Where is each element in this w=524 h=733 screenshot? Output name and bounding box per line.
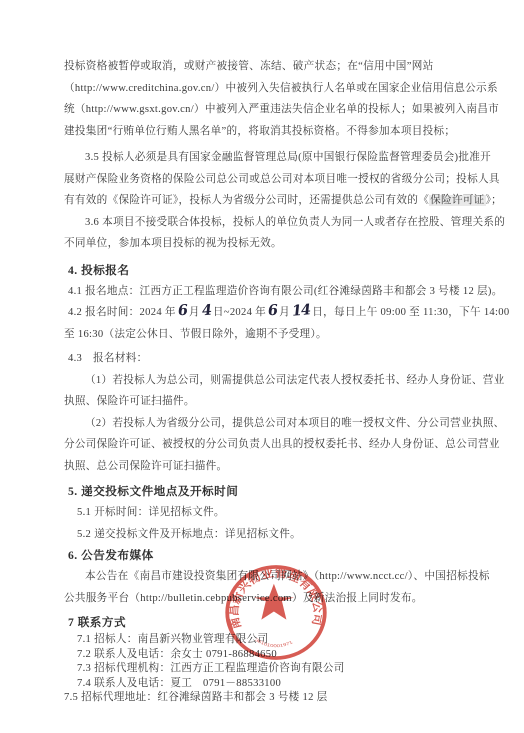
text-line: 6. 公告发布媒体 xyxy=(68,545,470,566)
text-run: 日~2024 年 xyxy=(213,307,266,318)
text-run: 不同单位，参加本项目投标的视为投标无效。 xyxy=(64,238,282,249)
contact-list: 7.1 招标人：南昌新兴物业管理有限公司7.2 联系人及电话：余女士 0791-… xyxy=(64,633,470,706)
text-line: 投标资格被暂停或取消，或财产被接管、冻结、破产状态；在“信用中国”网站 xyxy=(64,56,470,78)
text-run: 7 联系方式 xyxy=(68,616,126,629)
text-line: 4.3 报名材料： xyxy=(68,348,470,370)
text-run: 4. 投标报名 xyxy=(68,264,129,277)
text-run: 7.2 联系人及电话：余女士 0791-86884650 xyxy=(77,649,277,660)
para-3-5: 3.5 投标人必须是具有国家金融监督管理总局(原中国银行保险监督管理委员会)批准… xyxy=(64,147,470,212)
text-run: 月 xyxy=(279,307,290,318)
text-line: 建投集团“行贿单位行贿人黑名单”的，将取消其投标资格。不得参加本项目投标； xyxy=(64,121,470,143)
text-run: 展财产保险业务资格的保险公司总公司或总公司对本项目唯一授权的省级分公司；投标人具 xyxy=(64,174,500,185)
text-line: 4.2 报名时间：2024 年6月4日~2024 年6月14日，每日上午 09:… xyxy=(68,302,470,324)
text-run: 公共服务平台（http://bulletin.cebpubservice.com… xyxy=(64,593,423,604)
para-6-body: 本公告在《南昌市建设投资集团有限公司网站》（http://www.ncct.cc… xyxy=(64,566,470,609)
text-line: 执照、总公司保险许可证扫描件。 xyxy=(64,456,470,478)
text-run: 月 xyxy=(189,307,200,318)
document-body: 投标资格被暂停或取消，或财产被接管、冻结、破产状态；在“信用中国”网站（http… xyxy=(64,56,470,706)
text-line: 7.3 招标代理机构：江西方正工程监理造价咨询有限公司 xyxy=(77,662,470,677)
text-run: 统（http://www.gsxt.gov.cn/）中被列入严重违法失信企业名单… xyxy=(64,104,499,115)
text-line: 5. 递交投标文件地点及开标时间 xyxy=(68,481,470,502)
text-run: 投标资格被暂停或取消，或财产被接管、冻结、破产状态；在“信用中国”网站 xyxy=(64,61,434,72)
text-line: 7.1 招标人：南昌新兴物业管理有限公司 xyxy=(77,633,470,648)
para-4-3-2: （2）若投标人为省级分公司，提供总公司对本项目的唯一授权文件、分公司营业执照、分… xyxy=(64,413,470,478)
text-run: 日，每日上午 09:00 至 11:30，下午 14:00 xyxy=(312,307,509,318)
text-run: （http://www.creditchina.gov.cn/）中被列入失信被执… xyxy=(64,83,498,94)
text-line: 统（http://www.gsxt.gov.cn/）中被列入严重违法失信企业名单… xyxy=(64,99,470,121)
para-3-6: 3.6 本项目不接受联合体投标，投标人的单位负责人为同一人或者存在控股、管理关系… xyxy=(64,212,470,255)
heading-5: 5. 递交投标文件地点及开标时间 xyxy=(64,481,470,502)
text-line: （2）若投标人为省级分公司，提供总公司对本项目的唯一授权文件、分公司营业执照、 xyxy=(64,413,470,435)
text-run: 7.4 联系人及电话：夏工 0791－88533100 xyxy=(77,678,281,689)
text-line: 不同单位，参加本项目投标的视为投标无效。 xyxy=(64,233,470,255)
text-line: 分公司保险许可证、被授权的分公司负责人出具的授权委托书、经办人身份证、总公司营业 xyxy=(64,434,470,456)
text-line: 5.2 递交投标文件及开标地点：详见招标文件。 xyxy=(77,524,470,546)
text-run: （2）若投标人为省级分公司，提供总公司对本项目的唯一授权文件、分公司营业执照、 xyxy=(85,418,505,429)
text-run: 执照、总公司保险许可证扫描件。 xyxy=(64,461,227,472)
text-line: 3.5 投标人必须是具有国家金融监督管理总局(原中国银行保险监督管理委员会)批准… xyxy=(64,147,470,169)
text-run: 至 16:30（法定公休日、节假日除外，逾期不予受理）。 xyxy=(64,329,327,340)
text-line: 5.1 开标时间：详见招标文件。 xyxy=(77,502,470,524)
text-line: 4. 投标报名 xyxy=(68,260,470,281)
text-run: （1）若投标人为总公司，则需提供总公司法定代表人授权委托书、经办人身份证、营业 xyxy=(85,375,505,386)
text-line: （1）若投标人为总公司，则需提供总公司法定代表人授权委托书、经办人身份证、营业 xyxy=(64,370,470,392)
text-line: （http://www.creditchina.gov.cn/）中被列入失信被执… xyxy=(64,78,470,100)
text-run: 5.2 递交投标文件及开标地点：详见招标文件。 xyxy=(77,529,301,540)
text-run: 7.5 招标代理地址：红谷滩绿茵路丰和都会 3 号楼 12 层 xyxy=(64,692,328,703)
text-line: 执照、保险许可证扫描件。 xyxy=(64,391,470,413)
text-run: 6. 公告发布媒体 xyxy=(68,549,154,562)
para-5-items: 5.1 开标时间：详见招标文件。5.2 递交投标文件及开标地点：详见招标文件。 xyxy=(64,502,470,545)
handwritten-date: 6 xyxy=(267,304,277,319)
text-run: 4.1 报名地点：江西方正工程监理造价咨询有限公司(红谷滩绿茵路丰和都会 3 号… xyxy=(68,286,503,297)
text-run: 分公司保险许可证、被授权的分公司负责人出具的授权委托书、经办人身份证、总公司营业 xyxy=(64,439,500,450)
text-run: 4.3 报名材料： xyxy=(68,353,148,364)
para-4-1-4-2: 4.1 报名地点：江西方正工程监理造价咨询有限公司(红谷滩绿茵路丰和都会 3 号… xyxy=(64,281,470,346)
handwritten-date: 4 xyxy=(201,304,211,319)
heading-6: 6. 公告发布媒体 xyxy=(64,545,470,566)
para-4-3-1: （1）若投标人为总公司，则需提供总公司法定代表人授权委托书、经办人身份证、营业执… xyxy=(64,370,470,413)
text-run: 5.1 开标时间：详见招标文件。 xyxy=(77,507,225,518)
text-run: 3.5 投标人必须是具有国家金融监督管理总局(原中国银行保险监督管理委员会)批准… xyxy=(85,152,491,163)
text-run: 7.1 招标人：南昌新兴物业管理有限公司 xyxy=(77,634,268,645)
text-run: 5. 递交投标文件地点及开标时间 xyxy=(68,485,238,498)
text-run: 本公告在《南昌市建设投资集团有限公司网站》（http://www.ncct.cc… xyxy=(85,571,490,582)
highlighted-text: 保险许可证 xyxy=(429,195,485,206)
document-page: 投标资格被暂停或取消，或财产被接管、冻结、破产状态；在“信用中国”网站（http… xyxy=(0,0,524,733)
text-run: 7.3 招标代理机构：江西方正工程监理造价咨询有限公司 xyxy=(77,663,345,674)
text-line: 7.4 联系人及电话：夏工 0791－88533100 xyxy=(77,677,470,692)
text-run: 》； xyxy=(486,195,503,206)
heading-4: 4. 投标报名 xyxy=(64,260,470,281)
text-run: 建投集团“行贿单位行贿人黑名单”的，将取消其投标资格。不得参加本项目投标； xyxy=(64,126,455,137)
text-line: 3.6 本项目不接受联合体投标，投标人的单位负责人为同一人或者存在控股、管理关系… xyxy=(64,212,470,234)
text-line: 本公告在《南昌市建设投资集团有限公司网站》（http://www.ncct.cc… xyxy=(64,566,470,588)
handwritten-date: 6 xyxy=(177,304,187,319)
para-continuation: 投标资格被暂停或取消，或财产被接管、冻结、破产状态；在“信用中国”网站（http… xyxy=(64,56,470,142)
text-run: 3.6 本项目不接受联合体投标，投标人的单位负责人为同一人或者存在控股、管理关系… xyxy=(85,217,505,228)
text-run: 执照、保险许可证扫描件。 xyxy=(64,396,195,407)
text-run: 4.2 报名时间：2024 年 xyxy=(68,307,176,318)
text-line: 7.5 招标代理地址：红谷滩绿茵路丰和都会 3 号楼 12 层 xyxy=(64,691,470,706)
heading-7: 7 联系方式 xyxy=(64,612,470,633)
text-line: 公共服务平台（http://bulletin.cebpubservice.com… xyxy=(64,588,470,610)
text-line: 至 16:30（法定公休日、节假日除外，逾期不予受理）。 xyxy=(64,324,470,346)
text-line: 7 联系方式 xyxy=(68,612,470,633)
text-run: 有有效的《保险许可证》，投标人为省级分公司时，还需提供总公司有效的《 xyxy=(64,195,429,206)
text-line: 展财产保险业务资格的保险公司总公司或总公司对本项目唯一授权的省级分公司；投标人具 xyxy=(64,169,470,191)
text-line: 7.2 联系人及电话：余女士 0791-86884650 xyxy=(77,648,470,663)
text-line: 有有效的《保险许可证》，投标人为省级分公司时，还需提供总公司有效的《保险许可证》… xyxy=(64,190,470,212)
text-line: 4.1 报名地点：江西方正工程监理造价咨询有限公司(红谷滩绿茵路丰和都会 3 号… xyxy=(68,281,470,303)
para-4-3: 4.3 报名材料： xyxy=(64,348,470,370)
handwritten-date: 14 xyxy=(291,303,310,319)
